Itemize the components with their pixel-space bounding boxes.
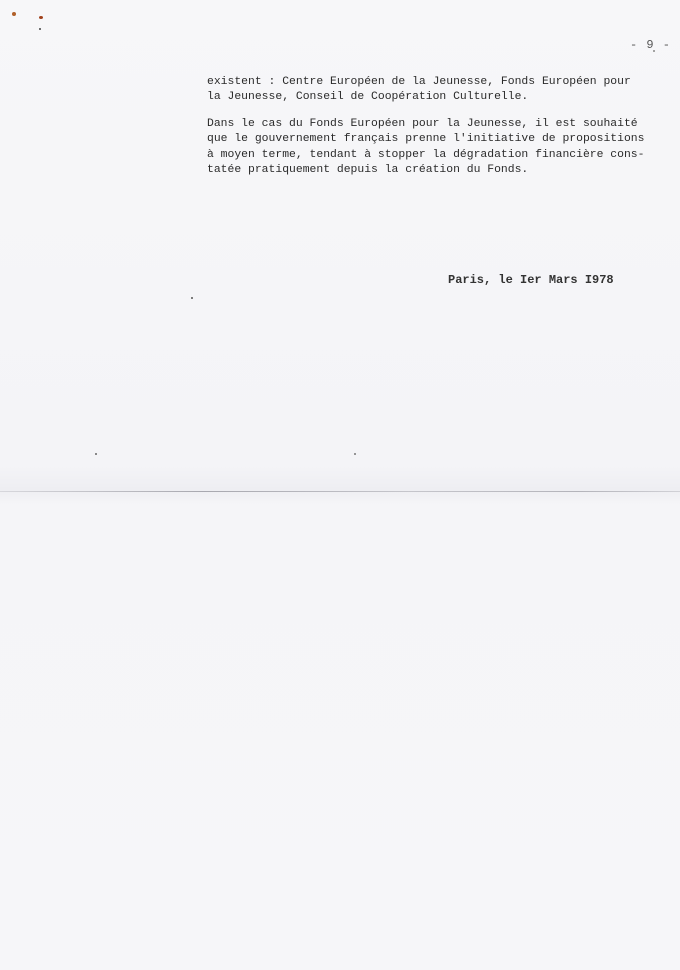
text-line: tatée pratiquement depuis la création du…	[207, 163, 644, 178]
paper-speck	[39, 28, 41, 30]
paragraph-1: existent : Centre Européen de la Jeuness…	[207, 75, 631, 106]
text-line: que le gouvernement français prenne l'in…	[207, 132, 644, 147]
text-line: à moyen terme, tendant à stopper la dégr…	[207, 148, 644, 163]
paper-fold-line	[0, 491, 680, 492]
text-line: la Jeunesse, Conseil de Coopération Cult…	[207, 90, 631, 105]
page-number: - 9 -	[630, 38, 671, 52]
paper-speck	[354, 453, 356, 455]
text-line: existent : Centre Européen de la Jeuness…	[207, 75, 631, 90]
document-page: - 9 - existent : Centre Européen de la J…	[0, 0, 680, 970]
text-line: Dans le cas du Fonds Européen pour la Je…	[207, 117, 644, 132]
place-and-date: Paris, le Ier Mars I978	[448, 273, 614, 288]
paper-speck	[95, 453, 97, 455]
paper-speck	[12, 12, 16, 16]
paper-speck	[39, 16, 43, 19]
paper-speck	[191, 297, 193, 299]
paragraph-2: Dans le cas du Fonds Européen pour la Je…	[207, 117, 644, 178]
